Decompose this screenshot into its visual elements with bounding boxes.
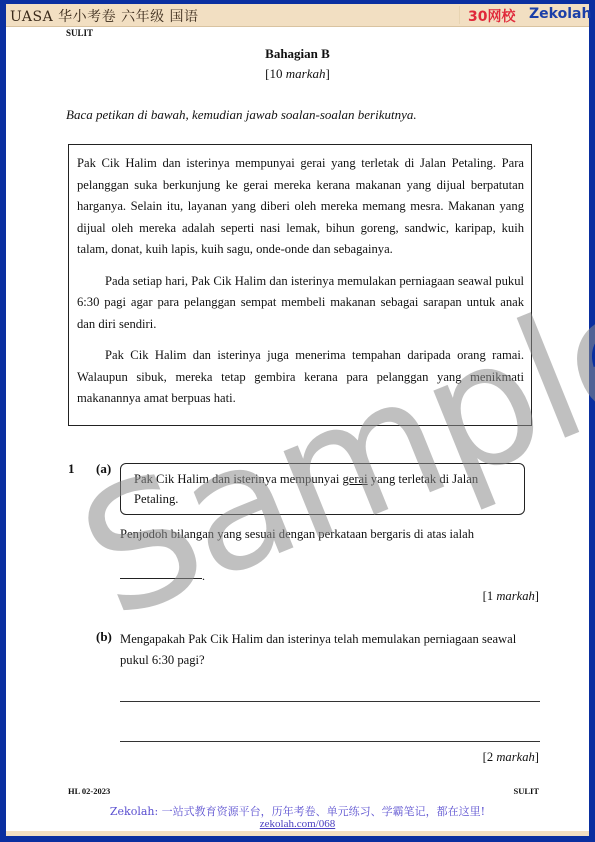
passage-paragraph: Pak Cik Halim dan isterinya juga menerim… <box>77 345 524 410</box>
blank-period: . <box>202 569 205 584</box>
banner-divider <box>459 6 460 24</box>
classification-top: SULIT <box>66 28 93 38</box>
question-a-prompt: Penjodoh bilangan yang sesuai dengan per… <box>120 527 474 542</box>
answer-blank-a[interactable] <box>120 578 202 579</box>
section-marks: [10 markah] <box>6 66 589 82</box>
passage-paragraph: Pada setiap hari, Pak Cik Halim dan iste… <box>77 271 524 336</box>
answer-line-b-1[interactable] <box>120 701 540 702</box>
passage-box: Pak Cik Halim dan isterinya mempunyai ge… <box>68 144 532 426</box>
promo-text: Zekolah: 一站式教育资源平台，历年考卷、单元练习、学霸笔记，都在这里! <box>6 803 589 819</box>
question-b-marks: [2 markah] <box>483 750 539 765</box>
passage-paragraph: Pak Cik Halim dan isterinya mempunyai ge… <box>77 153 524 261</box>
question-a-marks: [1 markah] <box>483 589 539 604</box>
question-b-prompt: Mengapakah Pak Cik Halim dan isterinya t… <box>120 629 540 671</box>
exam-page: UASA 华小考卷 六年级 国语 30网校 Zekolah SULIT Baha… <box>6 4 589 836</box>
brand-zekolah-logo[interactable]: Zekolah <box>529 6 591 22</box>
top-banner: UASA 华小考卷 六年级 国语 30网校 Zekolah <box>6 4 589 27</box>
paper-code: HL 02-2023 <box>68 786 110 796</box>
question-number: 1 <box>68 461 75 477</box>
zekolah-link[interactable]: zekolah.com/068 <box>6 818 589 830</box>
classification-bottom: SULIT <box>513 786 539 796</box>
brand-30-logo[interactable]: 30网校 <box>468 6 515 26</box>
bottom-band <box>6 831 589 836</box>
underlined-word: gerai <box>342 472 367 486</box>
document-title: UASA 华小考卷 六年级 国语 <box>10 6 199 26</box>
answer-line-b-2[interactable] <box>120 741 540 742</box>
question-b-label: (b) <box>96 629 112 645</box>
question-a-sentence-box: Pak Cik Halim dan isterinya mempunyai ge… <box>120 463 525 515</box>
instruction: Baca petikan di bawah, kemudian jawab so… <box>66 107 417 123</box>
section-title: Bahagian B <box>6 46 589 62</box>
question-a-label: (a) <box>96 461 111 477</box>
